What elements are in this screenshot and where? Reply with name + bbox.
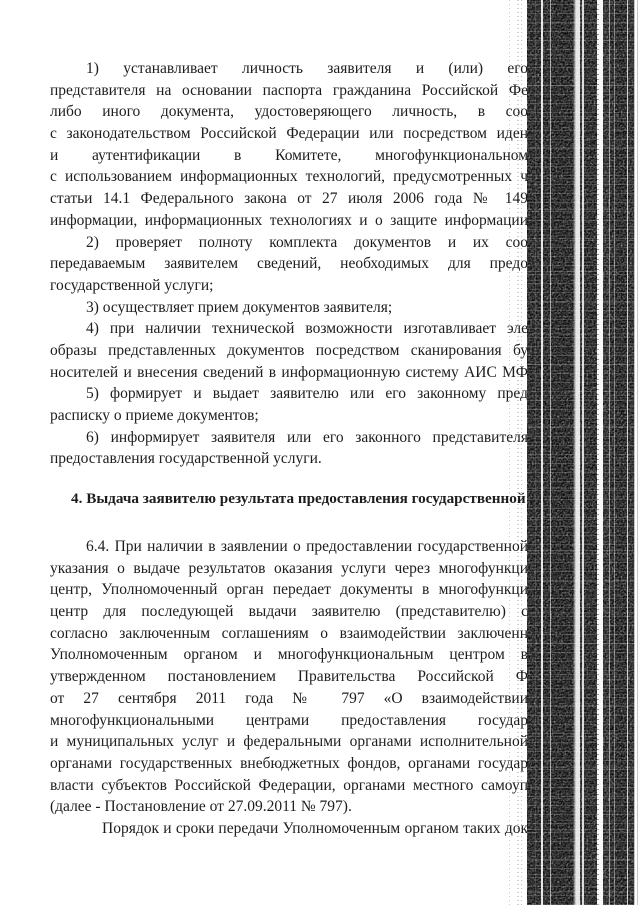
text-line: с использованием информационных технолог…	[50, 166, 528, 188]
text-line: и муниципальных услуг и федеральными орг…	[50, 731, 528, 753]
scanned-document-page: 1) устанавливает личность заявителя и (и…	[0, 0, 640, 905]
text-line: образы представленных документов посредс…	[50, 340, 528, 362]
section-heading: 4. Выдача заявителю результата предостав…	[71, 489, 631, 509]
text-line: центр для последующей выдачи заявителю (…	[50, 601, 528, 623]
text-line: 5) формирует и выдает заявителю или его …	[50, 383, 528, 405]
text-line: утвержденном постановлением Правительств…	[50, 666, 528, 688]
scan-noise-overlay	[527, 0, 634, 905]
text-line: 1) устанавливает личность заявителя и (и…	[50, 58, 528, 80]
text-line: 3) осуществляет прием документов заявите…	[50, 297, 528, 319]
text-line: центр, Уполномоченный орган передает док…	[50, 579, 528, 601]
text-line: государственной услуги;	[50, 275, 528, 297]
text-line: статьи 14.1 Федерального закона от 27 ию…	[50, 188, 528, 210]
text-line: 6) информирует заявителя или его законно…	[50, 427, 528, 449]
text-line: власти субъектов Российской Федерации, о…	[50, 775, 528, 797]
text-line: либо иного документа, удостоверяющего ли…	[50, 101, 528, 123]
scan-dark-stripe-right	[603, 0, 634, 905]
scan-light-gap	[597, 0, 603, 905]
text-line: указания о выдаче результатов оказания у…	[50, 558, 528, 580]
text-line: передаваемым заявителем сведений, необхо…	[50, 253, 528, 275]
text-line: носителей и внесения сведений в информац…	[50, 362, 528, 384]
text-line: Порядок и сроки передачи Уполномоченным …	[50, 818, 528, 840]
text-line: 6.4. При наличии в заявлении о предостав…	[50, 536, 528, 558]
text-line: органами государственных внебюджетных фо…	[50, 753, 528, 775]
text-line: согласно заключенным соглашениям о взаим…	[50, 623, 528, 645]
text-line: с законодательством Российской Федерации…	[50, 123, 528, 145]
body-block-1: 1) устанавливает личность заявителя и (и…	[50, 58, 528, 470]
text-line: представителя на основании паспорта граж…	[50, 80, 528, 102]
text-line: информации, информационных технологиях и…	[50, 210, 528, 232]
text-line: расписку о приеме документов;	[50, 405, 528, 427]
text-line: Уполномоченным органом и многофункционал…	[50, 644, 528, 666]
body-block-2: 6.4. При наличии в заявлении о предостав…	[50, 536, 528, 840]
scan-dark-stripe-left	[527, 0, 597, 905]
scan-page-edge-lines	[634, 0, 640, 905]
text-line: 4) при наличии технической возможности и…	[50, 318, 528, 340]
text-line: предоставления государственной услуги.	[50, 448, 528, 470]
text-line: 2) проверяет полноту комплекта документо…	[50, 232, 528, 254]
scan-grain-texture	[527, 0, 634, 905]
text-line: (далее - Постановление от 27.09.2011 № 7…	[50, 796, 528, 818]
text-line: многофункциональными центрами предоставл…	[50, 710, 528, 732]
text-line: от 27 сентября 2011 года № 797 «О взаимо…	[50, 688, 528, 710]
text-line: и аутентификации в Комитете, многофункци…	[50, 145, 528, 167]
